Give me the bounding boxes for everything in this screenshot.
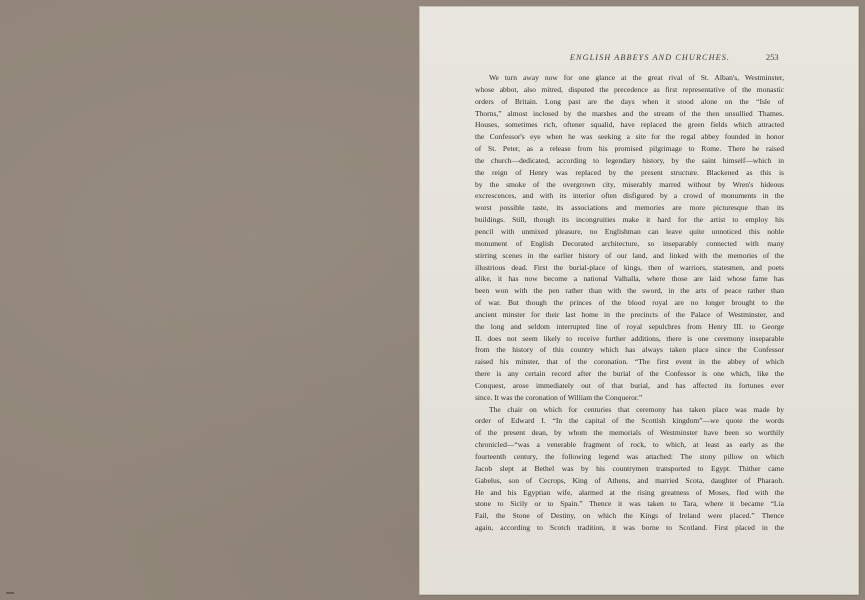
text-line: from the history of this country which h… — [475, 344, 784, 356]
text-line: Fail, the Stone of Destiny, on which the… — [475, 510, 784, 522]
text-line: fourteenth century, the following legend… — [475, 451, 784, 463]
text-line: Houses, sometimes rich, oftener squalid,… — [475, 119, 784, 131]
text-line: Jacob slept at Bethel was by his country… — [475, 463, 784, 475]
text-line: alike, it has now become a national Valh… — [475, 273, 784, 285]
text-line: Conquest, arose immediately out of that … — [475, 380, 784, 392]
text-line: He and his Egyptian wife, alarmed at the… — [475, 487, 784, 499]
text-line: by the smoke of the overgrown city, mise… — [475, 179, 784, 191]
text-line: II. does not seem likely to receive furt… — [475, 333, 784, 345]
text-line: Thorns,” almost inclosed by the marshes … — [475, 108, 784, 120]
text-line: stirring scenes in the earlier history o… — [475, 250, 784, 262]
text-line: monument of English Decorated architectu… — [475, 238, 784, 250]
page-number: 253 — [766, 53, 779, 62]
text-line: Gabelus, son of Cecrops, King of Athens,… — [475, 475, 784, 487]
text-line: of St. Peter, as a release from his prom… — [475, 143, 784, 155]
text-line: the church—dedicated, according to legen… — [475, 155, 784, 167]
text-line: ancient minster for their last home in t… — [475, 309, 784, 321]
text-line: chronicled—“was a venerable fragment of … — [475, 439, 784, 451]
text-line: buildings. Still, though its incongruiti… — [475, 214, 784, 226]
running-head: ENGLISH ABBEYS AND CHURCHES. — [540, 53, 760, 62]
body-text: We turn away now for one glance at the g… — [475, 72, 784, 534]
text-line: there is any certain record after the bu… — [475, 368, 784, 380]
text-line: stone to Sicily or to Spain.” Thence it … — [475, 498, 784, 510]
text-line: again, according to Scotch tradition, it… — [475, 522, 784, 534]
text-line: the long and seldom interrupted line of … — [475, 321, 784, 333]
text-line: We turn away now for one glance at the g… — [475, 72, 784, 84]
text-line: the reign of Henry was replaced by the p… — [475, 167, 784, 179]
text-line: of the present dean, by whom the memoria… — [475, 427, 784, 439]
text-line: pencil with unmixed pleasure, no English… — [475, 226, 784, 238]
book-page: ENGLISH ABBEYS AND CHURCHES. 253 We turn… — [420, 7, 858, 594]
archive-label-mark — [6, 592, 14, 594]
text-line: whose abbot, also mitred, disputed the p… — [475, 84, 784, 96]
text-line: been won with the pen rather than with t… — [475, 285, 784, 297]
text-line: The chair on which for centuries that ce… — [475, 404, 784, 416]
text-line: since. It was the coronation of William … — [475, 392, 784, 404]
text-line: orders of Britain. Long past are the day… — [475, 96, 784, 108]
text-line: order of Edward I. “In the capital of th… — [475, 415, 784, 427]
text-line: worst possible taste, its associations a… — [475, 202, 784, 214]
text-line: raised his minster, that of the coronati… — [475, 356, 784, 368]
text-line: illustrious dead. First the burial-place… — [475, 262, 784, 274]
text-line: of war. But though the princes of the bl… — [475, 297, 784, 309]
text-line: the Confessor's eye when he was seeking … — [475, 131, 784, 143]
text-line: excrescences, and with its interior ofte… — [475, 190, 784, 202]
